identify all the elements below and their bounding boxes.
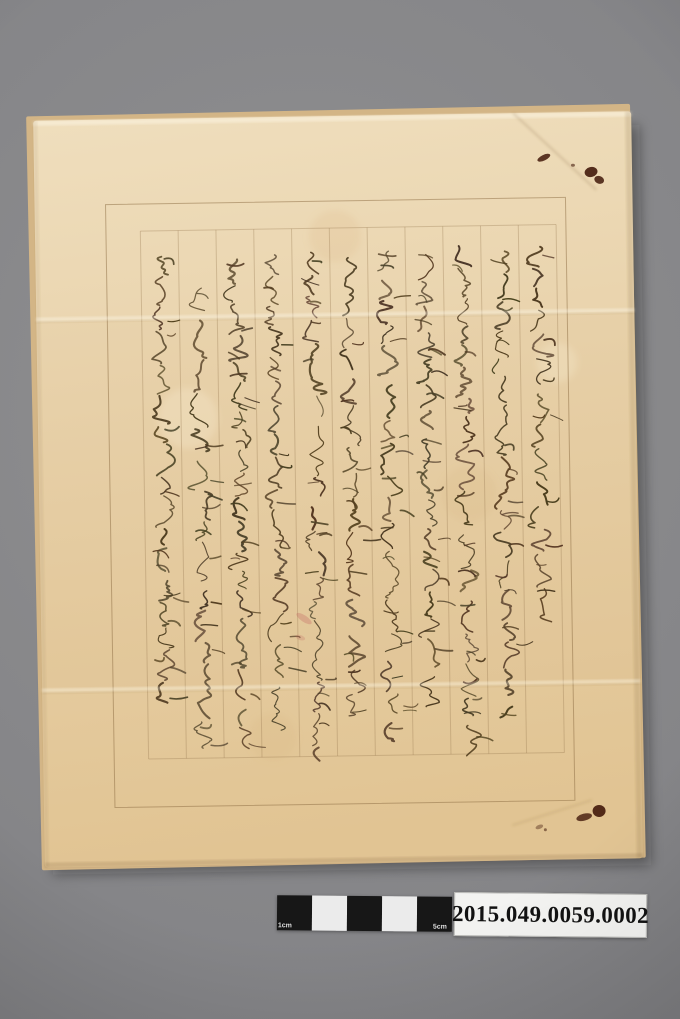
- accession-label: 2015.049.0059.0002: [454, 892, 647, 938]
- handwriting-stroke: [381, 527, 393, 528]
- handwriting-stroke: [461, 605, 475, 606]
- scale-bar-segment-white: [312, 896, 347, 931]
- photograph: 1cm 5cm 2015.049.0059.0002: [0, 0, 680, 1019]
- scale-bar: 1cm 5cm: [277, 895, 452, 932]
- handwriting-stroke: [383, 478, 396, 479]
- accession-number-text: 2015.049.0059.0002: [452, 901, 649, 929]
- handwriting-stroke: [282, 345, 293, 346]
- scale-bar-label-5cm: 5cm: [433, 924, 447, 931]
- scale-bar-segment-white: [382, 896, 417, 931]
- manuscript-paper: [0, 0, 680, 1019]
- scale-bar-label-1cm: 1cm: [278, 922, 292, 929]
- scale-bar-segment-black: [347, 896, 382, 931]
